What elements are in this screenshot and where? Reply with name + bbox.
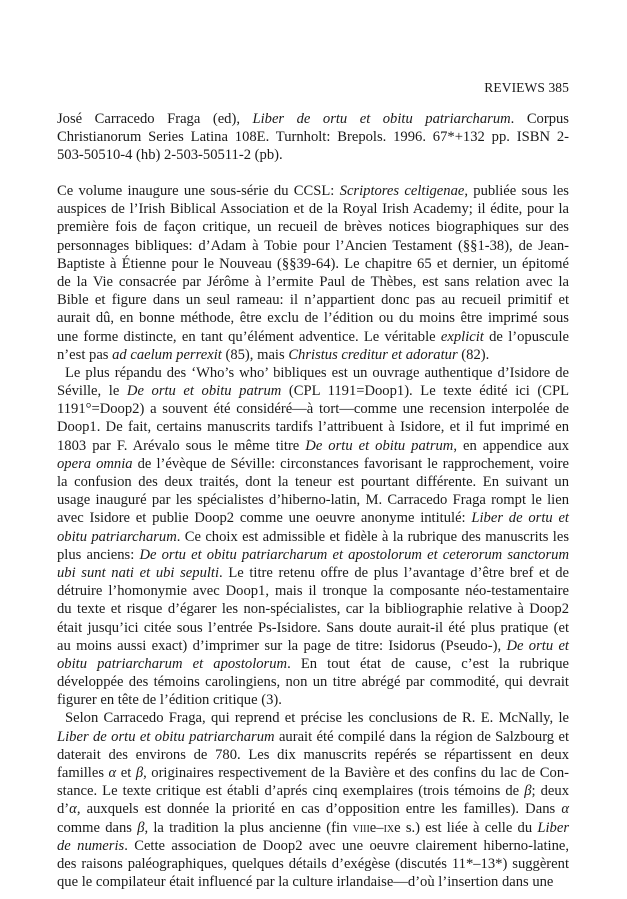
italic-title: Liber de ortu et obitu patriarcharum	[57, 729, 275, 745]
italic-title: Scriptores celtigenae	[340, 183, 465, 199]
text-line: était jusqu’ici citée sous l’entrée Ps-I…	[57, 619, 569, 637]
text-line: 1803 par F. Arévalo sous le même titre D…	[57, 437, 569, 455]
text-line: figurer en tête de l’édition critique (3…	[57, 691, 569, 709]
text-line: la confusion des deux traités, dont la t…	[57, 473, 569, 491]
text-line: n’est pas ad caelum perrexit (85), mais …	[57, 346, 569, 364]
small-caps-numeral: viii	[353, 820, 370, 836]
text-line: que le compilateur était influencé par l…	[57, 873, 569, 891]
italic-title: obitu patriarcharum et apostolorum	[57, 656, 287, 672]
italic-title: obitu patriarcharum	[57, 529, 177, 545]
text-line: plus anciens: De ortu et obitu patriarch…	[57, 546, 569, 564]
text-line: Selon Carracedo Fraga, qui reprend et pr…	[57, 709, 569, 727]
italic-title: opera omnia	[57, 456, 133, 472]
italic-title: De ortu et obitu patrum	[305, 438, 453, 454]
italic-title: β	[136, 765, 143, 781]
text-line: d’α, auxquels est donnée la priorité en …	[57, 800, 569, 818]
italic-title: De ortu et obitu patriarcharum et aposto…	[139, 547, 569, 563]
text-line: avec Isidore et publie Doop2 comme une o…	[57, 509, 569, 527]
text-line: développée des témoins carolingiens, non…	[57, 673, 569, 691]
book-citation: José Carracedo Fraga (ed), Liber de ortu…	[57, 110, 569, 165]
text-line: Baptiste à Étienne pour le Nouveau (§§39…	[57, 255, 569, 273]
text-line: stance. Le texte critique est établi d’a…	[57, 782, 569, 800]
paragraph: Ce volume inaugure une sous-série du CCS…	[57, 182, 569, 364]
small-caps-numeral: ix	[384, 820, 395, 836]
text-line: opera omnia de l’évèque de Séville: circ…	[57, 455, 569, 473]
text-line: Doop1. De fait, certains manuscrits tard…	[57, 418, 569, 436]
running-head: REVIEWS 385	[484, 80, 569, 96]
italic-title: Liber	[537, 820, 569, 836]
text-line: obitu patriarcharum. Ce choix est admiss…	[57, 528, 569, 546]
text-line: familles α et β, originaires respectivem…	[57, 764, 569, 782]
text-line: détruire l’homonymie avec Doop1, mais il…	[57, 582, 569, 600]
italic-title: α	[561, 801, 569, 817]
review-body: Ce volume inaugure une sous-série du CCS…	[57, 182, 569, 891]
italic-title: De ortu et obitu patrum	[127, 383, 281, 399]
text-line: des raisons paléographiques, quelques dé…	[57, 855, 569, 873]
italic-title: ubi sunt nati et ubi sepulti	[57, 565, 219, 581]
citation-line: 503-50510-4 (hb) 2-503-50511-2 (pb).	[57, 146, 569, 164]
text-line: une forme distincte, en tant qu’élément …	[57, 328, 569, 346]
italic-title: Liber de ortu et obitu patriarcharum	[252, 111, 510, 127]
text-line: auspices de l’Irish Biblical Association…	[57, 200, 569, 218]
text-line: aurait dû, en bonne méthode, être exclu …	[57, 309, 569, 327]
italic-title: ad caelum perrexit	[112, 347, 222, 363]
paragraph: Selon Carracedo Fraga, qui reprend et pr…	[57, 709, 569, 891]
text-line: de la Vie consacrée par Jérôme à l’ermit…	[57, 273, 569, 291]
italic-title: Christus creditur et adoratur	[288, 347, 457, 363]
text-line: usage inauguré par les spécialistes d’hi…	[57, 491, 569, 509]
text-line: Bible et figure dans un seul rameau: il …	[57, 291, 569, 309]
text-line: personnages bibliques: d’Adam à Tobie po…	[57, 237, 569, 255]
italic-title: β	[137, 820, 144, 836]
italic-title: α	[109, 765, 117, 781]
italic-title: De ortu et	[506, 638, 569, 654]
citation-line: Christianorum Series Latina 108E. Turnho…	[57, 128, 569, 146]
italic-title: explicit	[441, 329, 484, 345]
text-line: première fois de façon critique, un recu…	[57, 218, 569, 236]
text-line: obitu patriarcharum et apostolorum. En t…	[57, 655, 569, 673]
text-line: de numeris. Cette association de Doop2 a…	[57, 837, 569, 855]
text-line: ubi sunt nati et ubi sepulti. Le titre r…	[57, 564, 569, 582]
text-line: daterait des environs de 780. Les dix ma…	[57, 746, 569, 764]
paragraph: Le plus répandu des ‘Who’s who’ biblique…	[57, 364, 569, 710]
italic-title: β	[524, 783, 531, 799]
italic-title: Liber de ortu et	[471, 510, 569, 526]
text-line: 1191°=Doop2) a souvent été considéré—à t…	[57, 400, 569, 418]
text-line: Liber de ortu et obitu patriarcharum aur…	[57, 728, 569, 746]
italic-title: de numeris	[57, 838, 124, 854]
text-line: Séville, le De ortu et obitu patrum (CPL…	[57, 382, 569, 400]
citation-line: José Carracedo Fraga (ed), Liber de ortu…	[57, 110, 569, 128]
italic-title: α	[69, 801, 77, 817]
text-line: au moins aussi exact) d’imprimer sur la …	[57, 637, 569, 655]
text-line: Ce volume inaugure une sous-série du CCS…	[57, 182, 569, 200]
text-line: comme dans β, la tradition la plus ancie…	[57, 819, 569, 837]
text-line: du texte et risque d’égarer les non-spéc…	[57, 600, 569, 618]
text-line: Le plus répandu des ‘Who’s who’ biblique…	[57, 364, 569, 382]
